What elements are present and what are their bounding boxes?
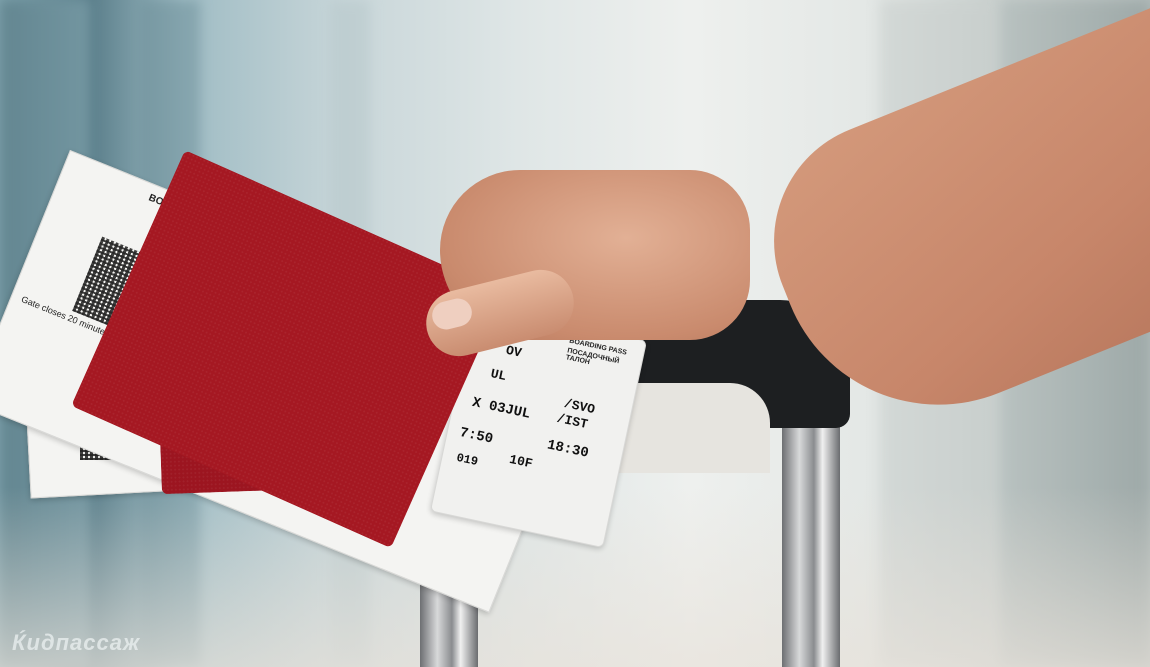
bp-line2: UL <box>489 366 507 384</box>
bp-date: X 03JUL <box>471 395 532 423</box>
bp-time: 18:30 <box>546 437 590 461</box>
bp-sequence: 019 <box>455 451 479 469</box>
bp-seat: 10F <box>508 452 534 472</box>
watermark-logo: Ќидпассаж <box>12 630 140 656</box>
photo-scene: K GAT 2 HAVE A BOARDING PASS/ПО Gate clo… <box>0 0 1150 667</box>
bp-line1: OV <box>505 343 523 361</box>
suitcase-pole-right <box>782 420 840 667</box>
bp-boarding-time: 7:50 <box>458 425 494 448</box>
